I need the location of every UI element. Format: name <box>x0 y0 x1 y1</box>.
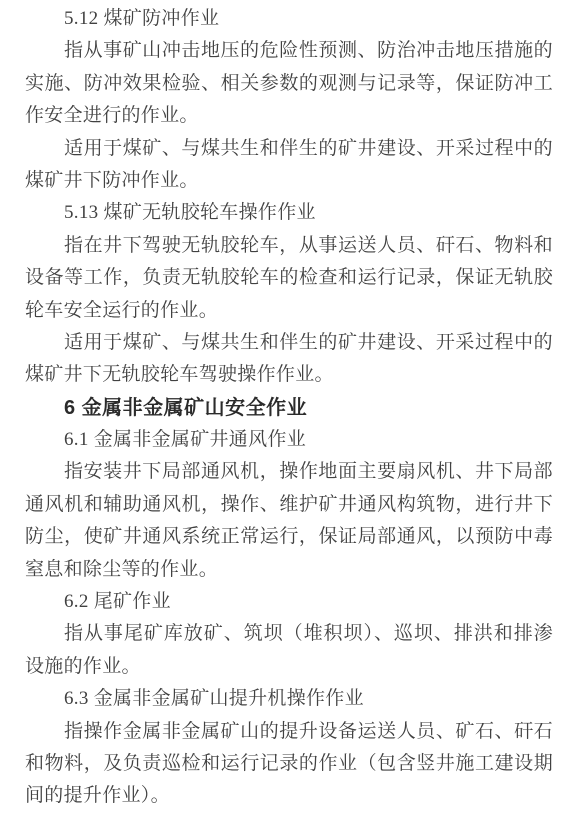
text-line: 通风机和辅助通风机，操作、维护矿井通风构筑物，进行井下 <box>25 489 553 521</box>
paragraph: 指操作金属非金属矿山的提升设备运送人员、矿石、矸石和物料，及负责巡检和运行记录的… <box>25 716 553 813</box>
document-page: 5.12 煤矿防冲作业指从事矿山冲击地压的危险性预测、防治冲击地压措施的实施、防… <box>0 0 579 829</box>
paragraph: 指在井下驾驶无轨胶轮车，从事运送人员、矸石、物料和设备等工作，负责无轨胶轮车的检… <box>25 230 553 327</box>
paragraph: 指安装井下局部通风机，操作地面主要扇风机、井下局部通风机和辅助通风机，操作、维护… <box>25 456 553 586</box>
clause-title: 5.13 煤矿无轨胶轮车操作作业 <box>25 197 553 229</box>
section-heading: 6 金属非金属矿山安全作业 <box>25 392 553 424</box>
text-line: 适用于煤矿、与煤共生和伴生的矿井建设、开采过程中的 <box>25 133 553 165</box>
paragraph: 适用于煤矿、与煤共生和伴生的矿井建设、开采过程中的煤矿井下防冲作业。 <box>25 133 553 198</box>
text-line: 煤矿井下无轨胶轮车驾驶操作作业。 <box>25 359 553 391</box>
text-line: 6.2 尾矿作业 <box>25 586 553 618</box>
text-line: 5.13 煤矿无轨胶轮车操作作业 <box>25 197 553 229</box>
text-line: 煤矿井下防冲作业。 <box>25 165 553 197</box>
text-line: 6.3 金属非金属矿山提升机操作作业 <box>25 683 553 715</box>
clause-title: 5.12 煤矿防冲作业 <box>25 3 553 35</box>
text-line: 指在井下驾驶无轨胶轮车，从事运送人员、矸石、物料和 <box>25 230 553 262</box>
text-line: 轮车安全运行的作业。 <box>25 295 553 327</box>
text-line: 实施、防冲效果检验、相关参数的观测与记录等，保证防冲工 <box>25 68 553 100</box>
text-line: 作安全进行的作业。 <box>25 100 553 132</box>
text-line: 设备等工作，负责无轨胶轮车的检查和运行记录，保证无轨胶 <box>25 262 553 294</box>
text-line: 5.12 煤矿防冲作业 <box>25 3 553 35</box>
clause-title: 6.2 尾矿作业 <box>25 586 553 618</box>
text-line: 指从事尾矿库放矿、筑坝（堆积坝）、巡坝、排洪和排渗 <box>25 618 553 650</box>
text-line: 窒息和除尘等的作业。 <box>25 554 553 586</box>
clause-title: 6.1 金属非金属矿井通风作业 <box>25 424 553 456</box>
text-line: 设施的作业。 <box>25 651 553 683</box>
document-body: 5.12 煤矿防冲作业指从事矿山冲击地压的危险性预测、防治冲击地压措施的实施、防… <box>25 3 553 813</box>
text-line: 6.1 金属非金属矿井通风作业 <box>25 424 553 456</box>
text-line: 6 金属非金属矿山安全作业 <box>25 392 553 424</box>
clause-title: 6.3 金属非金属矿山提升机操作作业 <box>25 683 553 715</box>
text-line: 指操作金属非金属矿山的提升设备运送人员、矿石、矸石 <box>25 716 553 748</box>
text-line: 指安装井下局部通风机，操作地面主要扇风机、井下局部 <box>25 456 553 488</box>
text-line: 适用于煤矿、与煤共生和伴生的矿井建设、开采过程中的 <box>25 327 553 359</box>
text-line: 和物料，及负责巡检和运行记录的作业（包含竖井施工建设期 <box>25 748 553 780</box>
paragraph: 指从事尾矿库放矿、筑坝（堆积坝）、巡坝、排洪和排渗设施的作业。 <box>25 618 553 683</box>
text-line: 防尘，使矿井通风系统正常运行，保证局部通风，以预防中毒 <box>25 521 553 553</box>
paragraph: 指从事矿山冲击地压的危险性预测、防治冲击地压措施的实施、防冲效果检验、相关参数的… <box>25 35 553 132</box>
paragraph: 适用于煤矿、与煤共生和伴生的矿井建设、开采过程中的煤矿井下无轨胶轮车驾驶操作作业… <box>25 327 553 392</box>
text-line: 指从事矿山冲击地压的危险性预测、防治冲击地压措施的 <box>25 35 553 67</box>
text-line: 间的提升作业）。 <box>25 780 553 812</box>
